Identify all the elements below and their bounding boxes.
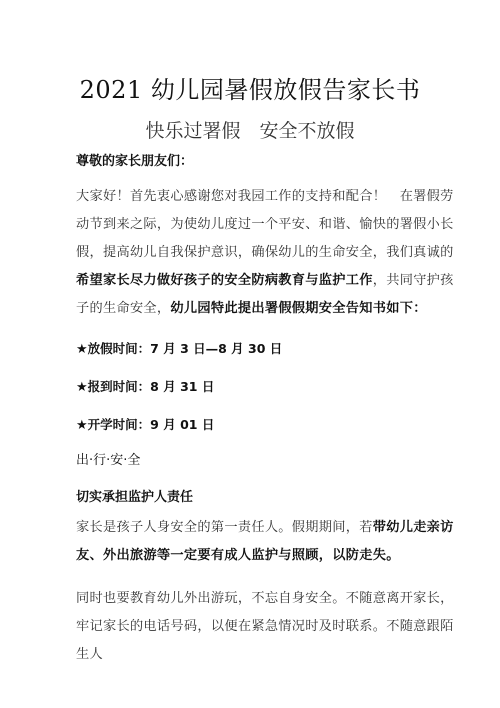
sub-heading: 切实承担监护人责任 [76, 486, 193, 505]
date-label: 报到时间： [88, 379, 151, 394]
guardian-paragraph: 家长是孩子人身安全的第一责任人。假期期间，若带幼儿走亲访友、外出旅游等一定要有成… [76, 514, 456, 570]
intro-bold-2: 幼儿园特此提出署假假期安全告知书如下： [170, 301, 426, 316]
section-heading: 出·行·安·全 [76, 449, 140, 468]
intro-text-1: 大家好！首先衷心感谢您对我园工作的支持和配合！ 在署假劳动节到来之际，为使幼儿度… [76, 189, 454, 260]
document-page: 2021 幼儿园暑假放假告家长书 快乐过署假 安全不放假 尊敬的家长朋友们： 大… [0, 0, 500, 708]
date-item-school-start: ★开学时间：9 月 01 日 [76, 406, 282, 444]
date-value: 7 月 3 日—8 月 30 日 [150, 341, 282, 356]
document-title: 2021 幼儿园暑假放假告家长书 [0, 70, 500, 105]
salutation: 尊敬的家长朋友们： [76, 150, 193, 169]
safety-paragraph: 同时也要教育幼儿外出游玩，不忘自身安全。不随意离开家长，牢记家长的电话号码，以便… [76, 585, 456, 669]
star-icon: ★ [76, 342, 88, 357]
document-subtitle: 快乐过署假 安全不放假 [0, 116, 500, 143]
intro-paragraph: 大家好！首先衷心感谢您对我园工作的支持和配合！ 在署假劳动节到来之际，为使幼儿度… [76, 183, 456, 323]
date-list: ★放假时间：7 月 3 日—8 月 30 日 ★报到时间：8 月 31 日 ★开… [76, 330, 282, 444]
star-icon: ★ [76, 380, 88, 395]
intro-bold-1: 希望家长尽力做好孩子的安全防病教育与监护工作 [76, 273, 373, 288]
guardian-text: 家长是孩子人身安全的第一责任人。假期期间，若 [76, 520, 373, 535]
date-value: 8 月 31 日 [150, 379, 214, 394]
date-label: 放假时间： [88, 341, 151, 356]
date-value: 9 月 01 日 [150, 417, 214, 432]
date-item-vacation: ★放假时间：7 月 3 日—8 月 30 日 [76, 330, 282, 368]
date-item-report: ★报到时间：8 月 31 日 [76, 368, 282, 406]
star-icon: ★ [76, 418, 88, 433]
date-label: 开学时间： [88, 417, 151, 432]
